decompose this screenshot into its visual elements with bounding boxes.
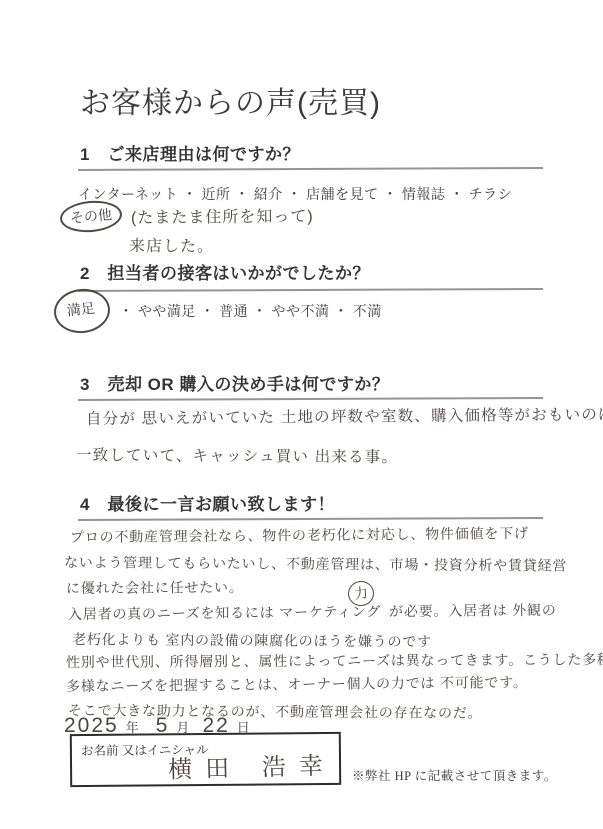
questionnaire-page: お客様からの声(売買) 1 ご来店理由は何ですか？ インターネット ・ 近所 ・…: [0, 0, 603, 829]
name-box: お名前 又はイニシャル 横田 浩幸: [70, 732, 341, 787]
q1-answer-handwriting: (たまたま住所を知って): [131, 203, 314, 228]
q4-insert-prefix: 入居者の真のニーズを知るには マーケティング: [68, 603, 381, 622]
q4-answer-line: 多様なニーズを把握することは、オーナー個人の力では 不可能です。: [66, 672, 528, 696]
q3-divider: [78, 397, 543, 401]
q2-options: ・ やや満足 ・ 普通 ・ やや不満 ・ 不満: [119, 301, 382, 321]
q4-answer-line: 性別や世代別、所得層別と、属性によってニーズは異なってきます。こうした多種: [66, 649, 603, 672]
customer-name-handwriting: 横田 浩幸: [168, 745, 337, 784]
q3-answer-line: 自分が 思いえがいていた 土地の坪数や室数、購入価格等がおもいのほ: [86, 402, 603, 429]
q4-heading: 4 最後に一言お願い致します！: [80, 490, 335, 515]
page-title: お客様からの声(売買): [80, 78, 381, 122]
q4-answer-line: プロの不動産管理会社なら、物件の老朽化に対応し、物件価値を下げ: [70, 523, 529, 547]
q4-answer-line: に優れた会社に任せたい。: [66, 577, 244, 598]
q1-divider: [78, 167, 543, 171]
q3-answer-line: 一致していて、キャッシュ買い 出来る事。: [76, 443, 398, 467]
q4-answer-line: 老朽化よりも 室内の設備の陳腐化のほうを嫌うのです: [72, 629, 432, 652]
hp-publication-note: ※弊社 HP に記載させて頂きます。: [352, 766, 557, 784]
q2-heading: 2 担当者の接客はいかがでしたか？: [80, 259, 370, 284]
q4-divider: [78, 517, 543, 521]
q1-heading: 1 ご来店理由は何ですか？: [80, 140, 300, 165]
q1-answer-handwriting-line2: 来店した。: [129, 233, 214, 257]
q4-answer-line: ないよう管理してもらいたいし、不動産管理は、市場・投資分析や賃貸経営: [64, 552, 567, 576]
q2-options-row: 満足 ・ やや満足 ・ 普通 ・ やや不満 ・ 不満: [54, 289, 382, 333]
q4-answer-line-with-insert: 入居者の真のニーズを知るには マーケティングが必要。入居者は 外観の: [68, 600, 557, 624]
q3-heading: 3 売却 OR 購入の決め手は何ですか？: [80, 370, 389, 395]
q1-other-row: その他 (たまたま住所を知って): [60, 201, 314, 232]
q4-insert-suffix: が必要。入居者は 外観の: [389, 602, 557, 619]
q2-selected-option-circled: 満足: [52, 286, 112, 336]
q1-other-option-circled: その他: [59, 198, 123, 234]
